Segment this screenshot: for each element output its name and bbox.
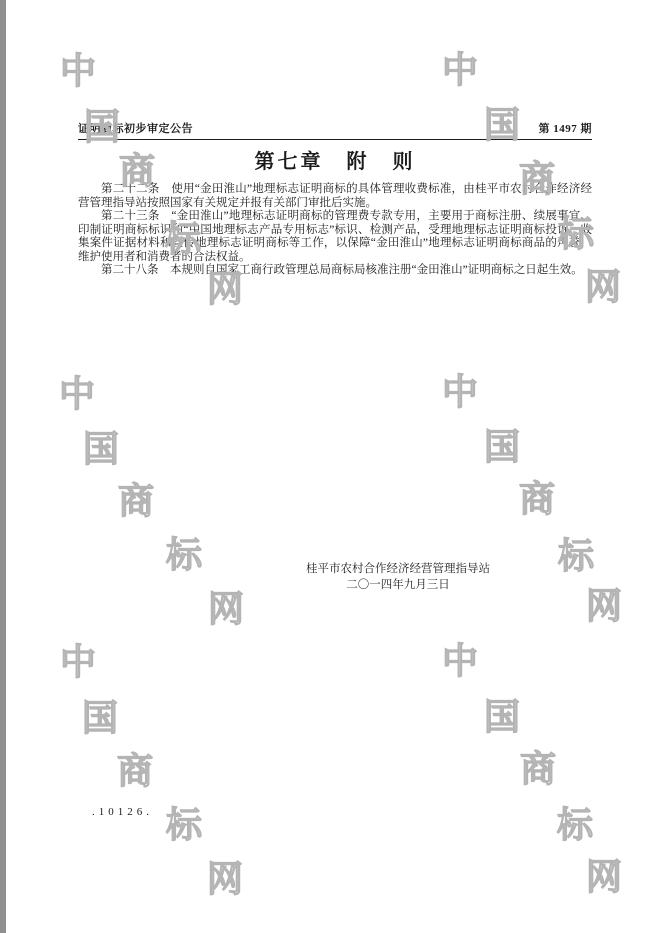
watermark-char: 国 (82, 701, 118, 737)
watermark-char: 中 (442, 375, 478, 411)
watermark-char: 标 (557, 808, 593, 844)
scan-edge-artifact (0, 0, 6, 933)
watermark-char: 标 (166, 808, 202, 844)
watermark-char: 商 (519, 482, 555, 518)
header-rule (78, 139, 592, 140)
paragraph: 第二十二条 使用“金田淮山”地理标志证明商标的具体管理收费标准，由桂平市农村合作… (78, 183, 592, 210)
document-page: 中国商标网中国商标网中国商标网中国商标网中国商标网中国商标网 证明商标初步审定公… (0, 0, 660, 933)
watermark-char: 国 (83, 432, 119, 468)
watermark-char: 网 (586, 860, 622, 896)
page-content: 证明商标初步审定公告 第 1497 期 第七章 附 则 第二十二条 使用“金田淮… (78, 120, 592, 278)
watermark-char: 标 (166, 538, 202, 574)
watermark-char: 中 (442, 53, 478, 89)
chapter-title: 第七章 附 则 (78, 145, 592, 174)
header-issue-number: 第 1497 期 (539, 120, 593, 136)
watermark-char: 国 (484, 700, 520, 736)
signature-date: 二〇一四年九月三日 (248, 577, 548, 593)
watermark-char: 网 (207, 862, 243, 898)
watermark-char: 中 (442, 644, 478, 680)
paragraph: 第二十八条 本规则自国家工商行政管理总局商标局核准注册“金田淮山”证明商标之日起… (78, 264, 592, 278)
header-left-title: 证明商标初步审定公告 (78, 120, 193, 136)
watermark-char: 网 (586, 589, 622, 625)
signature-block: 桂平市农村合作经济经营管理指导站 二〇一四年九月三日 (248, 561, 548, 593)
page-header: 证明商标初步审定公告 第 1497 期 (78, 120, 592, 136)
watermark-char: 国 (484, 430, 520, 466)
watermark-char: 网 (208, 592, 244, 628)
watermark-char: 商 (520, 752, 556, 788)
watermark-char: 商 (118, 484, 154, 520)
watermark-char: 中 (60, 54, 96, 90)
watermark-char: 标 (558, 539, 594, 575)
watermark-char: 中 (60, 645, 96, 681)
watermark-char: 商 (117, 754, 153, 790)
page-number: .10126. (92, 806, 153, 818)
watermark-char: 中 (59, 377, 95, 413)
signature-org: 桂平市农村合作经济经营管理指导站 (248, 561, 548, 577)
paragraph: 第二十三条 “金田淮山”地理标志证明商标的管理费专款专用，主要用于商标注册、续展… (78, 210, 592, 264)
paragraphs: 第二十二条 使用“金田淮山”地理标志证明商标的具体管理收费标准，由桂平市农村合作… (78, 183, 592, 278)
